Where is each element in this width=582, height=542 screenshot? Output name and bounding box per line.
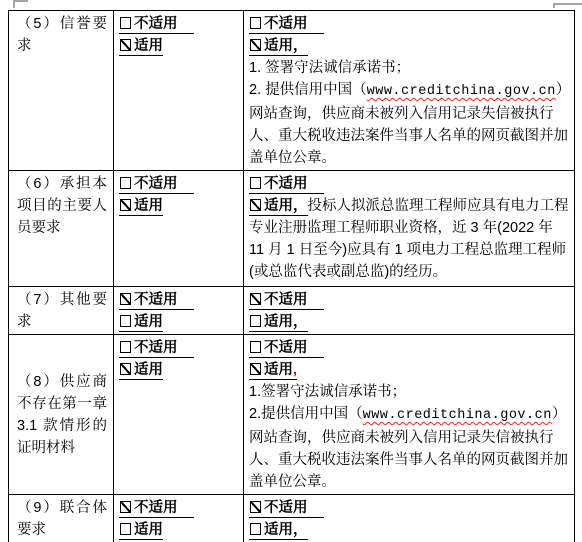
checkbox-checked-icon[interactable]	[250, 39, 261, 51]
choice-applicable[interactable]: 适用	[119, 519, 238, 541]
choice-label: 不适用	[264, 292, 308, 308]
checkbox-unchecked-icon[interactable]	[250, 341, 261, 353]
choice-label: 不适用	[134, 340, 178, 356]
detail-choice-applicable[interactable]: 适用，	[249, 311, 569, 333]
choice-label: 适用	[134, 314, 163, 330]
applicability-choice-cell: 不适用 适用	[114, 495, 244, 542]
checkbox-checked-icon[interactable]	[120, 199, 131, 211]
detail-choice-not-applicable[interactable]: 不适用	[249, 13, 569, 35]
detail-choice-not-applicable[interactable]: 不适用	[249, 497, 569, 519]
detail-choice-applicable[interactable]: 适用，	[249, 35, 569, 57]
document-page: （5）信誉要求 不适用 适用 不适用 适用， 1. 签署守法诚信承诺书；	[0, 0, 582, 542]
detail-cell: 不适用 适用，投标人拟派总监理工程师应具有电力工程专业注册监理工程师职业资格，近…	[244, 171, 575, 287]
checkbox-checked-icon[interactable]	[120, 293, 131, 305]
detail-cell: 不适用 适用， 1. 签署守法诚信承诺书； 2. 提供信用中国（www.cred…	[244, 11, 575, 171]
checkbox-unchecked-icon[interactable]	[120, 523, 131, 535]
checkbox-checked-icon[interactable]	[120, 363, 131, 375]
choice-label: 不适用	[264, 176, 308, 192]
red-comma-mark: ,	[293, 362, 297, 378]
table-row: （7）其他要求 不适用 适用 不适用 适用，	[9, 287, 575, 335]
choice-label: 不适用	[264, 16, 308, 32]
choice-label: 适用，	[264, 198, 308, 214]
detail-cell: 不适用 适用，	[244, 495, 575, 542]
requirement-label: （9）联合体要求	[17, 500, 107, 538]
checkbox-unchecked-icon[interactable]	[120, 17, 131, 29]
detail-choice-applicable[interactable]: 适用,	[249, 359, 569, 381]
detail-cell: 不适用 适用，	[244, 287, 575, 335]
checkbox-unchecked-icon[interactable]	[250, 17, 261, 29]
requirements-table: （5）信誉要求 不适用 适用 不适用 适用， 1. 签署守法诚信承诺书；	[8, 10, 575, 542]
detail-choice-applicable[interactable]: 适用，投标人拟派总监理工程师应具有电力工程专业注册监理工程师职业资格，近 3 年…	[249, 195, 569, 283]
choice-label: 适用	[134, 38, 163, 54]
choice-label: 不适用	[264, 340, 308, 356]
choice-applicable[interactable]: 适用	[119, 359, 238, 381]
applicability-choice-cell: 不适用 适用	[114, 11, 244, 171]
checkbox-checked-icon[interactable]	[250, 293, 261, 305]
choice-label: 适用	[134, 198, 163, 214]
choice-not-applicable[interactable]: 不适用	[119, 173, 238, 195]
choice-applicable[interactable]: 适用	[119, 35, 238, 57]
detail-item: 1. 签署守法诚信承诺书；	[249, 57, 569, 79]
checkbox-unchecked-icon[interactable]	[120, 341, 131, 353]
detail-choice-not-applicable[interactable]: 不适用	[249, 337, 569, 359]
requirement-label: （8）供应商不存在第一章 3.1 款情形的证明材料	[17, 374, 107, 456]
handle-fragment-line	[553, 3, 582, 5]
requirement-label-cell: （6）承担本项目的主要人员要求	[9, 171, 114, 287]
checkbox-checked-icon[interactable]	[250, 363, 261, 375]
choice-label: 不适用	[134, 500, 178, 516]
detail-item: 2. 提供信用中国（www.creditchina.gov.cn）网站查询，供应…	[249, 79, 569, 169]
choice-not-applicable[interactable]: 不适用	[119, 289, 238, 311]
detail-cell: 不适用 适用, 1.签署守法诚信承诺书； 2.提供信用中国（www.credit…	[244, 335, 575, 495]
table-row: （5）信誉要求 不适用 适用 不适用 适用， 1. 签署守法诚信承诺书；	[9, 11, 575, 171]
applicability-choice-cell: 不适用 适用	[114, 287, 244, 335]
table-row: （8）供应商不存在第一章 3.1 款情形的证明材料 不适用 适用 不适用 适用,…	[9, 335, 575, 495]
detail-choice-not-applicable[interactable]: 不适用	[249, 289, 569, 311]
requirement-label-cell: （7）其他要求	[9, 287, 114, 335]
requirement-label: （6）承担本项目的主要人员要求	[17, 176, 107, 236]
applicability-choice-cell: 不适用 适用	[114, 171, 244, 287]
choice-label: 不适用	[134, 16, 178, 32]
handle-fragment-line	[553, 3, 555, 8]
choice-not-applicable[interactable]: 不适用	[119, 497, 238, 519]
choice-applicable[interactable]: 适用	[119, 195, 238, 217]
checkbox-unchecked-icon[interactable]	[250, 315, 261, 327]
choice-label: 不适用	[264, 500, 308, 516]
requirement-label-cell: （8）供应商不存在第一章 3.1 款情形的证明材料	[9, 335, 114, 495]
detail-item: 2.提供信用中国（www.creditchina.gov.cn）网站查询，供应商…	[249, 403, 569, 493]
requirement-label: （7）其他要求	[17, 292, 107, 330]
checkbox-checked-icon[interactable]	[120, 39, 131, 51]
choice-label: 适用，	[264, 314, 308, 330]
credit-china-url: www.creditchina.gov.cn	[363, 408, 552, 423]
choice-label: 不适用	[134, 176, 178, 192]
detail-choice-not-applicable[interactable]: 不适用	[249, 173, 569, 195]
detail-choice-applicable[interactable]: 适用，	[249, 519, 569, 541]
choice-label: 适用	[134, 522, 163, 538]
choice-label: 适用，	[264, 522, 308, 538]
checkbox-unchecked-icon[interactable]	[250, 523, 261, 535]
checkbox-checked-icon[interactable]	[250, 199, 261, 211]
choice-not-applicable[interactable]: 不适用	[119, 13, 238, 35]
requirement-label: （5）信誉要求	[17, 16, 107, 54]
handle-fragment-line	[13, 0, 15, 8]
checkbox-checked-icon[interactable]	[120, 501, 131, 513]
detail-item: 1.签署守法诚信承诺书；	[249, 381, 569, 403]
handle-fragment-line	[13, 0, 28, 2]
applicability-choice-cell: 不适用 适用	[114, 335, 244, 495]
checkbox-unchecked-icon[interactable]	[250, 177, 261, 189]
checkbox-unchecked-icon[interactable]	[120, 315, 131, 327]
choice-applicable[interactable]: 适用	[119, 311, 238, 333]
choice-label: 不适用	[134, 292, 178, 308]
choice-not-applicable[interactable]: 不适用	[119, 337, 238, 359]
detail-text: 2. 提供信用中国（	[249, 82, 367, 98]
requirement-label-cell: （9）联合体要求	[9, 495, 114, 542]
checkbox-unchecked-icon[interactable]	[120, 177, 131, 189]
choice-label: 适用	[264, 362, 293, 378]
detail-text: 2.提供信用中国（	[249, 406, 363, 422]
credit-china-url: www.creditchina.gov.cn	[367, 84, 556, 99]
table-row: （9）联合体要求 不适用 适用 不适用 适用，	[9, 495, 575, 542]
requirement-label-cell: （5）信誉要求	[9, 11, 114, 171]
checkbox-checked-icon[interactable]	[250, 501, 261, 513]
choice-label: 适用，	[264, 38, 308, 54]
table-row: （6）承担本项目的主要人员要求 不适用 适用 不适用 适用，投标人拟派总监理工程…	[9, 171, 575, 287]
choice-label: 适用	[134, 362, 163, 378]
